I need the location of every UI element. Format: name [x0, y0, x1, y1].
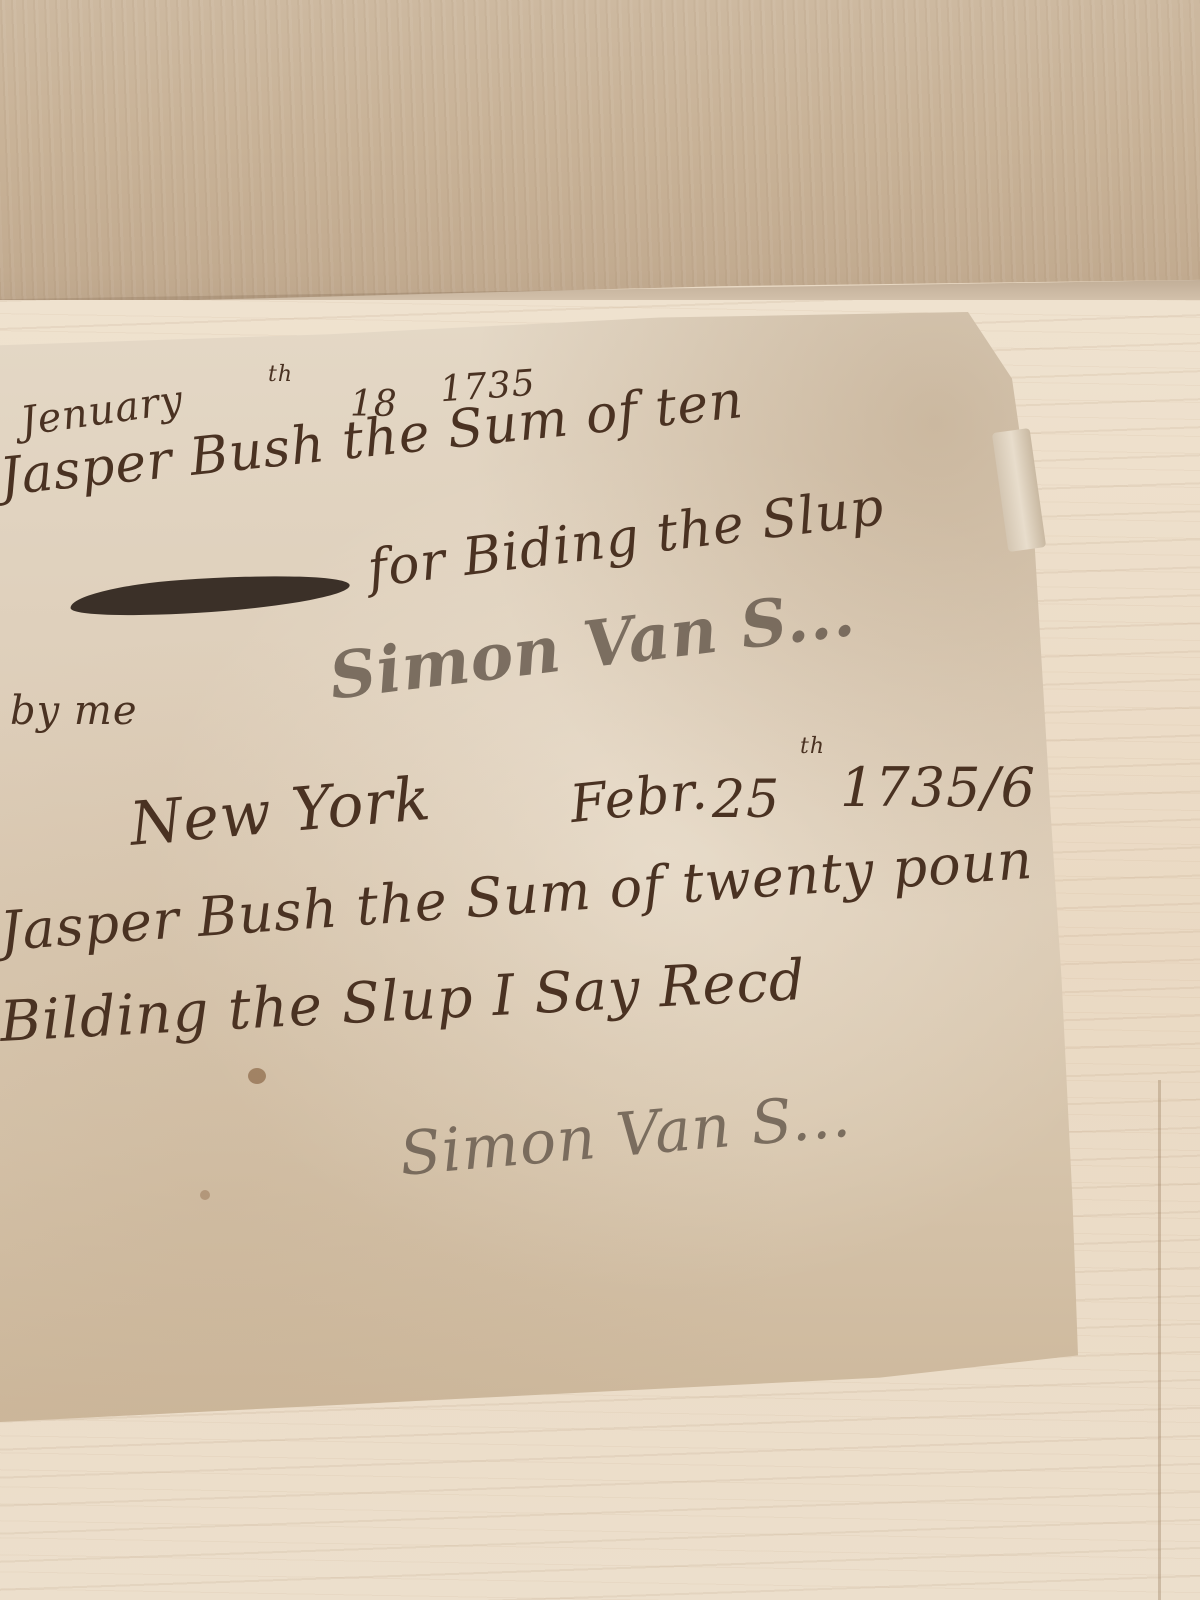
- ink-spot: [248, 1068, 266, 1084]
- receipt2-date-year: 1735/6: [840, 756, 1036, 819]
- ink-spot: [200, 1190, 210, 1200]
- receipt2-date-day: 25: [712, 770, 780, 830]
- receipt1-signed-prefix: by me: [10, 688, 138, 734]
- plywood-wall-background: [0, 0, 1200, 318]
- receipt2-date-ordinal: th: [800, 734, 825, 759]
- receipt1-date-ordinal: th: [268, 362, 293, 387]
- board-seam: [1158, 1080, 1161, 1600]
